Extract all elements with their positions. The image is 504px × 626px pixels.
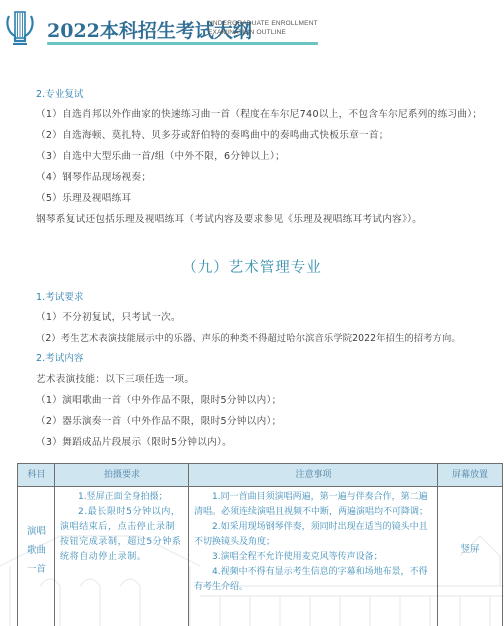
note-item: 4.视频中不得有显示考生信息的字幕和场地布景，不得有考生介绍。 [194,565,434,595]
retest-item-1: （1）自选肖邦以外作曲家的快速练习曲一首（程度在车尔尼740以上，不包含车尔尼系… [36,106,482,120]
title-en-line2: EXAMINATION OUTLINE [208,28,318,37]
cell-filming: 1.竖屏正面全身拍摄； 2.最长限时5分钟以内，演唱结束后，点击停止录制按钮完成… [60,490,184,565]
retest-item-5: （5）乐理及视唱练耳 [36,190,131,204]
subject-line: 演唱 [18,522,55,541]
cell-screen: 竖屏 [438,542,502,557]
note-item: 3.演唱全程不允许使用麦克风等传声设备； [194,550,434,565]
title-en-line1: UNDERGRADUATE ENROLLMENT [208,19,318,28]
content-item-3: （3）舞蹈成品片段展示（限时5分钟以内）。 [36,434,232,448]
header-filming: 拍摄要求 [55,464,189,486]
section-heading-requirements: 1.考试要求 [36,289,84,303]
subject-line: 歌曲 [18,541,55,560]
header-screen: 屏幕放置 [438,464,502,486]
subject-line: 一首 [18,560,55,579]
retest-note: 钢琴系复试还包括乐理及视唱练耳（考试内容及要求参见《乐理及视唱练耳考试内容》）。 [36,211,422,225]
content-intro: 艺术表演技能：以下三项任选一项。 [36,371,194,385]
cell-subject: 演唱 歌曲 一首 [18,522,55,579]
retest-item-4: （4）钢琴作品现场视奏； [36,169,151,183]
content-item-1: （1）演唱歌曲一首（中外作品不限，限时5分钟以内）； [36,392,281,406]
retest-item-2: （2）自选海顿、莫扎特、贝多芬或舒伯特的奏鸣曲中的奏鸣曲式快板乐章一首； [36,127,389,141]
content-item-2: （2）器乐演奏一首（中外作品不限，限时5分钟以内）； [36,413,281,427]
header-notes: 注意事项 [189,464,438,486]
requirement-item-2: （2）考生艺术表演技能展示中的乐器、声乐的种类不得超过哈尔滨音乐学院2022年招… [36,330,461,344]
requirement-item-1: （1）不分初复试，只考试一次。 [36,309,181,323]
major-title: （九）艺术管理专业 [0,256,504,277]
lyre-logo-icon [5,8,35,48]
note-item: 2.如采用现场钢琴伴奏，须同时出现在适当的镜头中且不切换镜头及角度； [194,520,434,550]
header-subject: 科目 [18,464,55,486]
filming-item: 2.最长限时5分钟以内，演唱结束后，点击停止录制按钮完成录制，超过5分钟系统将自… [60,505,184,565]
retest-item-3: （3）自选中大型乐曲一首/组（中外不限，6分钟以上）； [36,148,285,162]
filming-item: 1.竖屏正面全身拍摄； [60,490,184,505]
section-heading-retest: 2.专业复试 [36,86,84,100]
title-underline [47,42,318,45]
page-header: 2022本科招生考试大纲 UNDERGRADUATE ENROLLMENT EX… [0,0,504,56]
section-heading-content: 2.考试内容 [36,350,84,364]
cell-notes: 1.同一首曲目须演唱两遍，第一遍与伴奏合作，第二遍清唱。必须连续演唱且视频不中断… [194,490,434,595]
document-title-english: UNDERGRADUATE ENROLLMENT EXAMINATION OUT… [208,19,318,37]
filming-requirements-table: 科目 拍摄要求 注意事项 屏幕放置 演唱 歌曲 一首 1.竖屏正面全身拍摄； 2… [17,463,503,626]
note-item: 1.同一首曲目须演唱两遍，第一遍与伴奏合作，第二遍清唱。必须连续演唱且视频不中断… [194,490,434,520]
